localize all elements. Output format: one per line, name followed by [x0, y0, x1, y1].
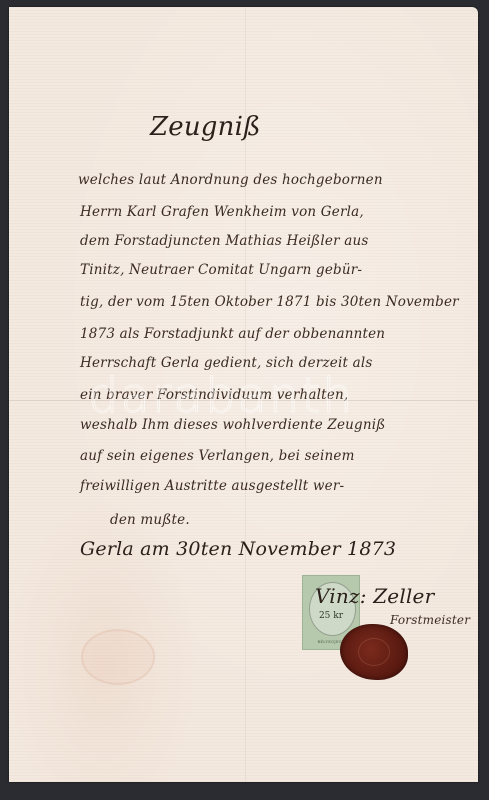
paper-stain: [81, 629, 155, 685]
body-line-11: freiwilligen Austritte ausgestellt wer-: [80, 478, 344, 494]
body-line-4: Tinitz, Neutraer Comitat Ungarn gebür-: [80, 262, 362, 278]
place-date: Gerla am 30ten November 1873: [80, 538, 396, 560]
body-line-9: weshalb Ihm dieses wohlverdiente Zeugniß: [80, 417, 386, 433]
seal-emblem-icon: [358, 638, 390, 666]
body-line-6: 1873 als Forstadjunkt auf der obbenannte…: [80, 326, 385, 342]
body-line-5: tig, der vom 15ten Oktober 1871 bis 30te…: [80, 294, 459, 310]
body-line-10: auf sein eigenes Verlangen, bei seinem: [80, 448, 355, 464]
body-line-12: den mußte.: [110, 512, 190, 528]
signature-title: Forstmeister: [390, 613, 470, 627]
document-title: Zeugniß: [150, 112, 261, 142]
body-line-8: ein braver Forstindividuum verhalten,: [80, 387, 348, 403]
body-line-3: dem Forstadjuncten Mathias Heißler aus: [80, 233, 369, 249]
signature: Vinz: Zeller: [315, 584, 434, 608]
body-line-7: Herrschaft Gerla gedient, sich derzeit a…: [80, 355, 373, 371]
wax-seal-icon: [340, 624, 408, 680]
body-line-2: Herrn Karl Grafen Wenkheim von Gerla,: [80, 204, 364, 220]
body-line-1: welches laut Anordnung des hochgebornen: [78, 172, 383, 188]
stamp-value: 25 kr: [303, 611, 359, 621]
